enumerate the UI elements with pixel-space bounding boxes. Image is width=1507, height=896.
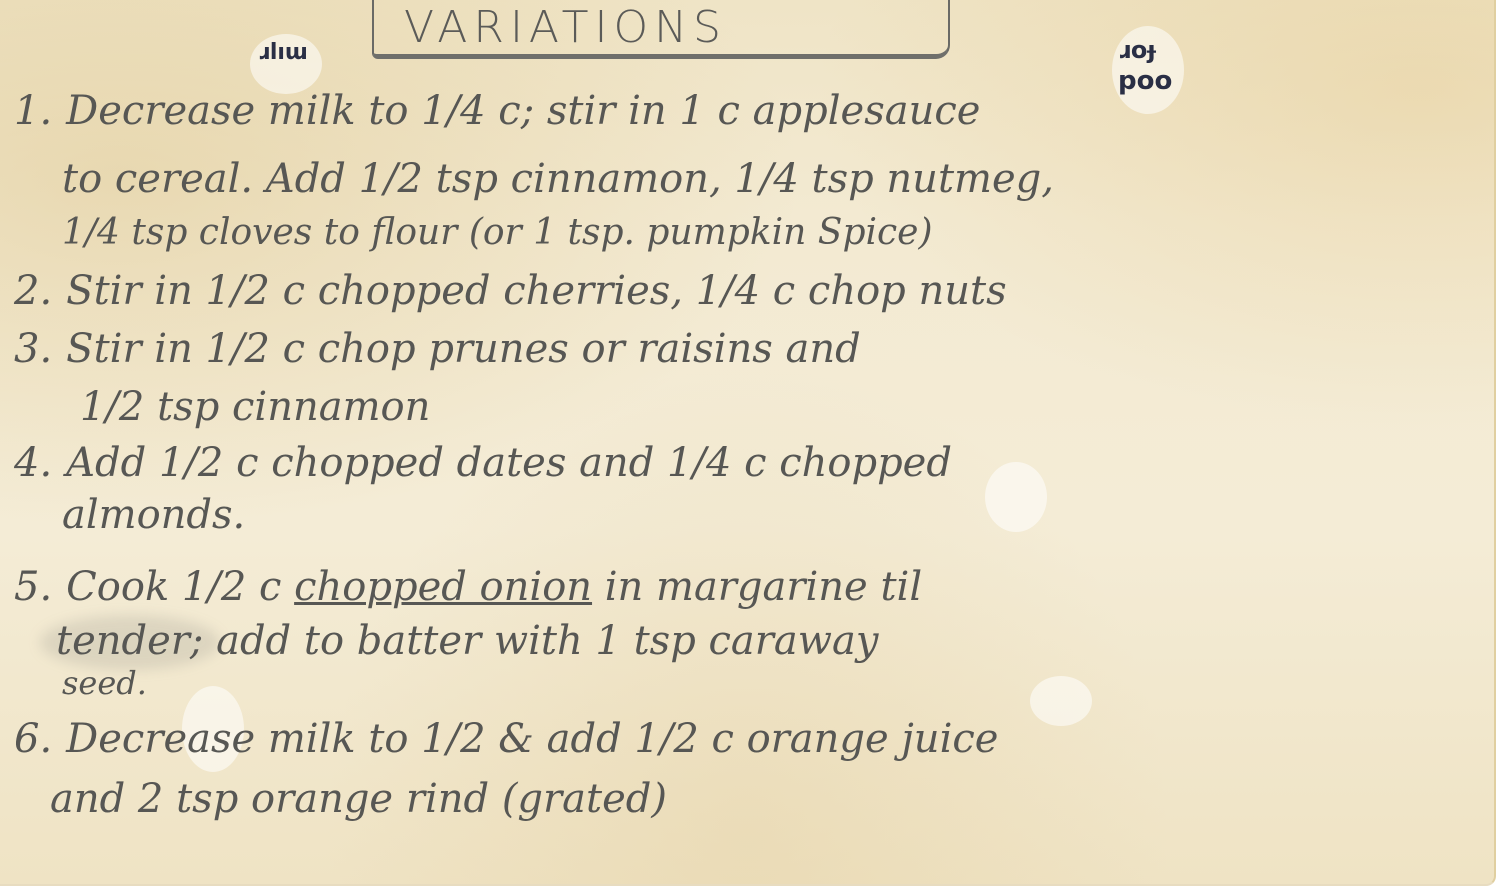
item-6-line-2: and 2 tsp orange rind (grated) bbox=[50, 776, 667, 822]
item-text: Decrease milk to 1/4 c; stir in 1 c appl… bbox=[66, 88, 980, 134]
item-1-line-3: 1/4 tsp cloves to flour (or 1 tsp. pumpk… bbox=[62, 212, 933, 253]
item-1-line-1: 1.Decrease milk to 1/4 c; stir in 1 c ap… bbox=[14, 88, 980, 134]
item-text: Add 1/2 c chopped dates and 1/4 c choppe… bbox=[66, 440, 952, 486]
item-text: Decrease milk to 1/2 & add 1/2 c orange … bbox=[66, 716, 998, 762]
item-number: 3. bbox=[14, 326, 52, 372]
item-3-line-2: 1/2 tsp cinnamon bbox=[80, 384, 430, 430]
item-number: 2. bbox=[14, 268, 52, 314]
item-text-underlined: chopped onion bbox=[294, 564, 592, 610]
item-number: 1. bbox=[14, 88, 52, 134]
item-number: 6. bbox=[14, 716, 52, 762]
item-4-line-1: 4.Add 1/2 c chopped dates and 1/4 c chop… bbox=[14, 440, 952, 486]
stamp-text-right-top: ɹoɟ bbox=[1118, 36, 1156, 64]
hole-mid bbox=[985, 462, 1047, 532]
item-text-pre: Cook 1/2 c bbox=[66, 564, 294, 610]
card-title: VARIATIONS bbox=[404, 2, 727, 53]
recipe-card: VARIATIONS ɹlıɯ ɹoɟ poo 1.Decrease milk … bbox=[0, 0, 1496, 886]
stamp-text-right-bottom: poo bbox=[1118, 66, 1172, 96]
item-4-line-2: almonds. bbox=[62, 492, 245, 538]
item-6-line-1: 6.Decrease milk to 1/2 & add 1/2 c orang… bbox=[14, 716, 998, 762]
item-5-line-3: seed. bbox=[62, 664, 147, 702]
item-text-post: in margarine til bbox=[592, 564, 922, 610]
item-3-line-1: 3.Stir in 1/2 c chop prunes or raisins a… bbox=[14, 326, 861, 372]
item-text: Stir in 1/2 c chop prunes or raisins and bbox=[66, 326, 861, 372]
item-text: Stir in 1/2 c chopped cherries, 1/4 c ch… bbox=[66, 268, 1006, 314]
item-5-line-2: tender; add to batter with 1 tsp caraway bbox=[56, 618, 878, 664]
item-number: 5. bbox=[14, 564, 52, 610]
item-2-line-1: 2.Stir in 1/2 c chopped cherries, 1/4 c … bbox=[14, 268, 1007, 314]
item-number: 4. bbox=[14, 440, 52, 486]
stamp-text-left: ɹlıɯ bbox=[258, 40, 308, 65]
hole-bottom-right bbox=[1030, 676, 1092, 726]
item-1-line-2: to cereal. Add 1/2 tsp cinnamon, 1/4 tsp… bbox=[62, 156, 1054, 202]
item-5-line-1: 5.Cook 1/2 c chopped onion in margarine … bbox=[14, 564, 922, 610]
